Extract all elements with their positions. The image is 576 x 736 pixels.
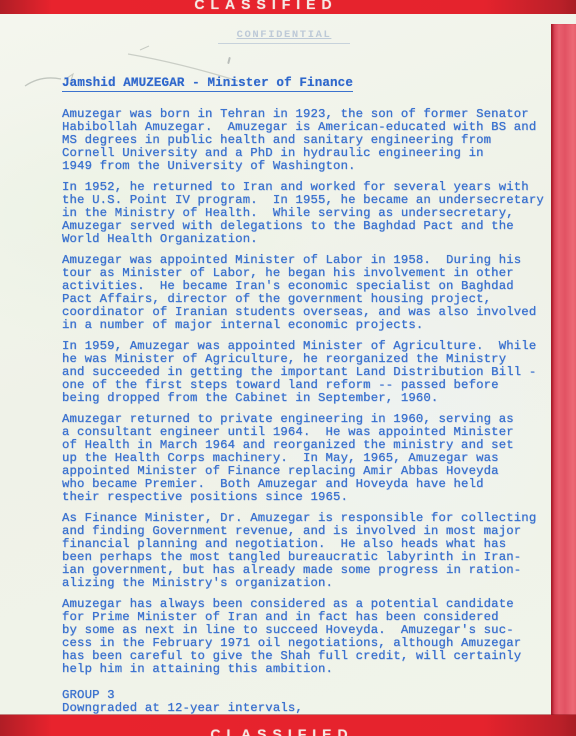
paragraph: Amuzegar was appointed Minister of Labor… [62, 254, 536, 332]
text-line: their respective positions since 1965. [62, 491, 536, 504]
top-classified-band: CLASSIFIED [0, 0, 576, 14]
pencil-scribbles [10, 40, 250, 110]
top-classified-label: CLASSIFIED [0, 0, 554, 12]
bottom-classified-band: CLASSIFIED [0, 715, 576, 736]
text-line: in a number of major internal economic p… [62, 319, 536, 332]
paragraph: In 1952, he returned to Iran and worked … [62, 181, 536, 246]
paragraph: In 1959, Amuzegar was appointed Minister… [62, 340, 536, 405]
text-line: 1949 from the University of Washington. [62, 160, 536, 173]
text-line: being dropped from the Cabinet in Septem… [62, 392, 536, 405]
paragraph: As Finance Minister, Dr. Amuzegar is res… [62, 512, 536, 590]
paragraph: Amuzegar was born in Tehran in 1923, the… [62, 108, 536, 173]
text-line: alizing the Ministry's organization. [62, 577, 536, 590]
paragraphs: Amuzegar was born in Tehran in 1923, the… [62, 108, 536, 676]
book-edge-strip [551, 24, 576, 736]
paragraph: Amuzegar returned to private engineering… [62, 413, 536, 504]
bottom-classified-label: CLASSIFIED [0, 726, 570, 736]
paragraph: Amuzegar has always been considered as a… [62, 598, 536, 676]
text-line: World Health Organization. [62, 233, 536, 246]
document-title: Jamshid AMUZEGAR - Minister of Finance [62, 76, 353, 92]
confidential-stamp: CONFIDENTIAL [218, 29, 350, 44]
document-body: Amuzegar was born in Tehran in 1923, the… [62, 108, 536, 736]
text-line: help him in attaining this ambition. [62, 663, 536, 676]
